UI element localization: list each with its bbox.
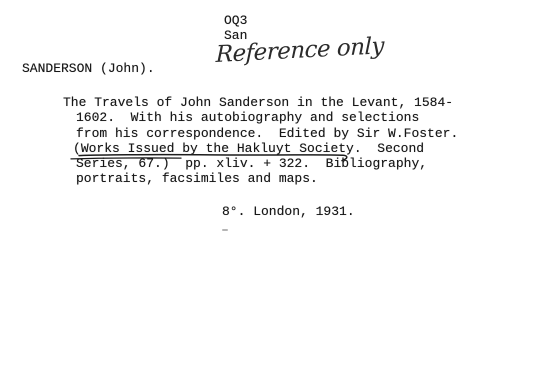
- description-line: from his correspondence. Edited by Sir W…: [63, 126, 458, 141]
- description-line: Series, 67.) pp. xliv. + 322. Bibliograp…: [63, 156, 458, 171]
- description-line: 1602. With his autobiography and selecti…: [63, 110, 458, 125]
- bibliographic-description: The Travels of John Sanderson in the Lev…: [63, 95, 458, 187]
- description-line-series: (Works Issued by the Hakluyt Society. Se…: [63, 141, 458, 156]
- description-line: The Travels of John Sanderson in the Lev…: [63, 95, 458, 110]
- imprint-line: 8°. London, 1931.: [222, 204, 355, 219]
- classmark-shelf-code: OQ3: [224, 14, 247, 29]
- ink-smudge-mark: [222, 229, 228, 231]
- catalog-card: OQ3 San Reference only SANDERSON (John).…: [0, 0, 550, 374]
- series-title: Works Issued by the Hakluyt Society.: [81, 141, 362, 156]
- series-open-paren: (: [73, 141, 81, 156]
- description-line: portraits, facsimiles and maps.: [63, 171, 458, 186]
- classmark: OQ3 San: [224, 14, 247, 43]
- series-title-after: Second: [362, 141, 424, 156]
- author-heading: SANDERSON (John).: [22, 61, 155, 76]
